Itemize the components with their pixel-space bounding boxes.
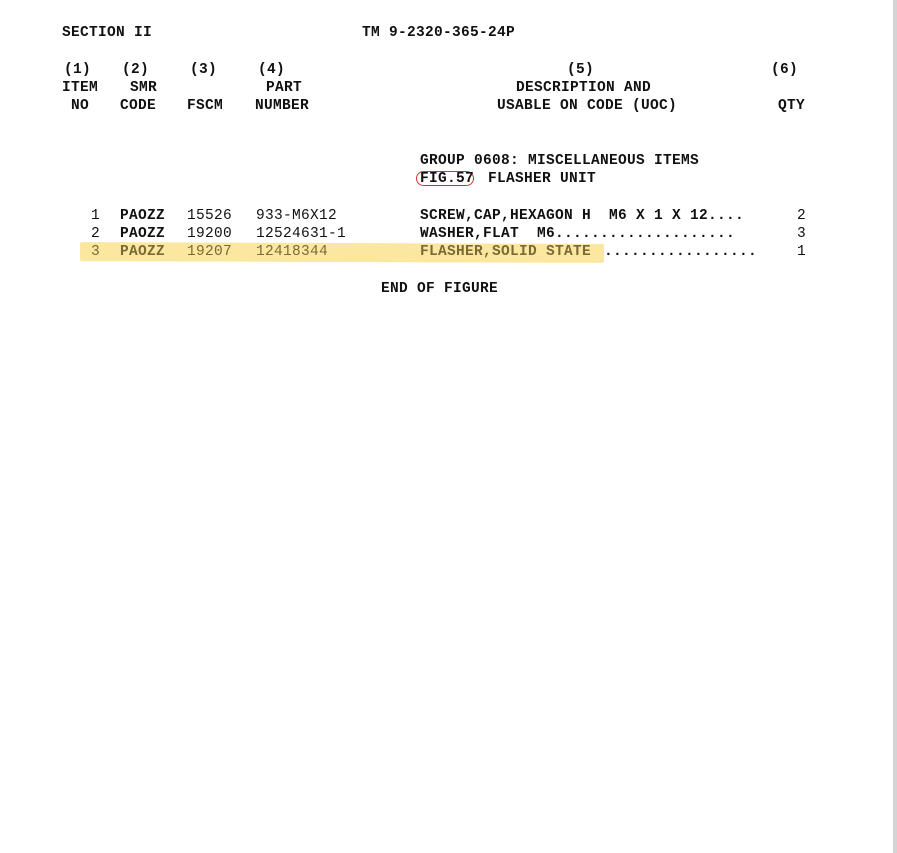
qty: 1 <box>797 243 806 261</box>
col6-label-line2: QTY <box>778 97 805 115</box>
group-title: GROUP 0608: MISCELLANEOUS ITEMS <box>420 152 699 170</box>
col5-number: (5) <box>567 61 594 79</box>
smr-code: PAOZZ <box>120 243 165 261</box>
qty: 2 <box>797 207 806 225</box>
qty: 3 <box>797 225 806 243</box>
document-page: SECTION II TM 9-2320-365-24P (1) ITEM NO… <box>0 0 893 853</box>
part-number: 12418344 <box>256 243 328 261</box>
col5-label-line1: DESCRIPTION AND <box>516 79 651 97</box>
col6-number: (6) <box>771 61 798 79</box>
part-number: 933-M6X12 <box>256 207 337 225</box>
col4-label-line1: PART <box>266 79 302 97</box>
item-no: 3 <box>91 243 100 261</box>
col5-label-line2: USABLE ON CODE (UOC) <box>497 97 677 115</box>
description-leader: ................. <box>604 243 757 261</box>
part-number: 12524631-1 <box>256 225 346 243</box>
fscm: 19207 <box>187 243 232 261</box>
page-edge-scrollbar[interactable] <box>893 0 897 853</box>
smr-code: PAOZZ <box>120 225 165 243</box>
col4-number: (4) <box>258 61 285 79</box>
col1-label-line1: ITEM <box>62 79 98 97</box>
item-no: 1 <box>91 207 100 225</box>
manual-number: TM 9-2320-365-24P <box>362 24 515 42</box>
description: SCREW,CAP,HEXAGON H M6 X 1 X 12.... <box>420 207 744 225</box>
fscm: 19200 <box>187 225 232 243</box>
fscm: 15526 <box>187 207 232 225</box>
end-of-figure: END OF FIGURE <box>381 280 498 298</box>
col2-label-line1: SMR <box>130 79 157 97</box>
figure-title: FLASHER UNIT <box>488 170 596 188</box>
smr-code: PAOZZ <box>120 207 165 225</box>
description: WASHER,FLAT M6.................... <box>420 225 735 243</box>
col2-number: (2) <box>122 61 149 79</box>
figure-ref[interactable]: FIG.57 <box>420 170 474 188</box>
col1-label-line2: NO <box>71 97 89 115</box>
description: FLASHER,SOLID STATE <box>420 243 591 261</box>
section-label: SECTION II <box>62 24 152 42</box>
col4-label-line2: NUMBER <box>255 97 309 115</box>
col1-number: (1) <box>64 61 91 79</box>
item-no: 2 <box>91 225 100 243</box>
col3-number: (3) <box>190 61 217 79</box>
col2-label-line2: CODE <box>120 97 156 115</box>
col3-label-line2: FSCM <box>187 97 223 115</box>
